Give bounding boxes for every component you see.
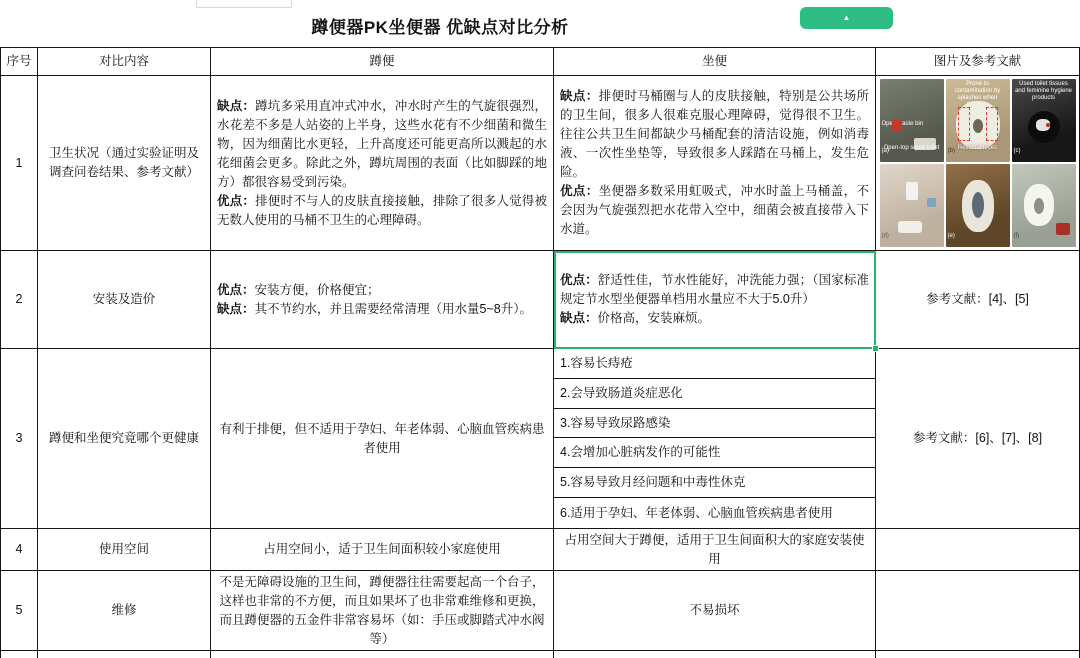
figure-caption: Used toilet tissues and feminine hygiene…: [1014, 81, 1074, 102]
pan-hole-graphic: [973, 119, 983, 133]
cistern-graphic: [906, 182, 918, 200]
con-text: 排便时马桶圈与人的皮肤接触，特别是公共场所的卫生间，很多人很难克服心理障碍，觉得…: [560, 89, 869, 179]
cell-seat-5[interactable]: 不易损坏: [554, 571, 876, 651]
cell-content-1[interactable]: 卫生状况（通过实验证明及调查问卷结果、参考文献）: [38, 76, 211, 251]
partial-next-row-cell: [876, 651, 1080, 658]
pro-text: 舒适性佳，节水性能好，冲洗能力强；（国家标准规定节水型坐便器单档用水量应不大于5…: [560, 273, 869, 306]
spreadsheet-canvas: 蹲便器PK坐便器 优缺点对比分析 ▲ 序号 对比内容 蹲便 坐便 图片及参考文献…: [0, 0, 1080, 658]
cell-ref-2[interactable]: 参考文献：[4]、[5]: [876, 251, 1080, 349]
partial-next-row-cell: [211, 651, 554, 658]
cell-figures-1[interactable]: Open waste bin Open-top squat toilet (a)…: [876, 76, 1080, 251]
red-dashed-box: [986, 107, 998, 141]
figure-tag: (e): [948, 227, 955, 246]
pro-label: 优点：: [560, 273, 598, 287]
cell-squat-5[interactable]: 不是无障碍设施的卫生间，蹲便器往往需要起高一个台子，这样也非常的不方便，而且如果…: [211, 571, 554, 651]
con-text: 蹲坑多采用直冲式冲水，冲水时产生的气旋很强烈，水花差不多是人站姿的上半身，这些水…: [217, 99, 547, 189]
partial-next-row-cell: [38, 651, 211, 658]
pro-label: 优点：: [217, 283, 255, 297]
figure-tag: (b): [948, 142, 955, 161]
collapse-up-icon: ▲: [843, 14, 851, 22]
figure-photo-e[interactable]: (e): [946, 164, 1010, 247]
cell-content-3[interactable]: 蹲便和坐便究竟哪个更健康: [38, 349, 211, 529]
pan-hole-graphic: [972, 192, 984, 218]
partial-cell-above: [196, 0, 292, 8]
pro-text: 安装方便，价格便宜；: [255, 283, 380, 297]
cell-content-4[interactable]: 使用空间: [38, 529, 211, 571]
cell-ref-3[interactable]: 参考文献：[6]、[7]、[8]: [876, 349, 1080, 529]
cell-seat-1[interactable]: 缺点：排便时马桶圈与人的皮肤接触，特别是公共场所的卫生间，很多人很难克服心理障碍…: [554, 76, 876, 251]
seat-health-item[interactable]: 4.会增加心脏病发作的可能性: [554, 438, 875, 468]
con-label: 缺点：: [560, 311, 598, 325]
figure-photo-d[interactable]: (d): [880, 164, 944, 247]
cell-content-5[interactable]: 维修: [38, 571, 211, 651]
cell-squat-3[interactable]: 有利于排便，但不适用于孕妇、年老体弱、心脑血管疾病患者使用: [211, 349, 554, 529]
con-label: 缺点：: [560, 89, 599, 103]
seat-health-item[interactable]: 5.容易导致月经问题和中毒性休克: [554, 468, 875, 498]
selection-fill-handle[interactable]: [872, 345, 879, 352]
bucket-graphic: [1056, 223, 1070, 235]
bucket-graphic: [927, 198, 936, 207]
cell-ref-5[interactable]: [876, 571, 1080, 651]
cell-no-4[interactable]: 4: [1, 529, 38, 571]
header-seat[interactable]: 坐便: [554, 48, 876, 76]
con-text: 其不节约水，并且需要经常清理（用水量5~8升）。: [255, 302, 532, 316]
figure-tag: (a): [882, 142, 889, 161]
red-dashed-box: [958, 107, 970, 141]
cell-no-2[interactable]: 2: [1, 251, 38, 349]
figure-caption: Open-top squat toilet: [882, 145, 942, 152]
seat-health-item[interactable]: 2.会导致肠道炎症恶化: [554, 379, 875, 409]
con-label: 缺点：: [217, 302, 255, 316]
pan-hole-graphic: [1034, 198, 1044, 214]
seat-health-item[interactable]: 6.适用于孕妇、年老体弱、心脑血管疾病患者使用: [554, 498, 875, 528]
cell-squat-4[interactable]: 占用空间小，适于卫生间面积较小家庭使用: [211, 529, 554, 571]
figure-tag: (c): [1014, 142, 1021, 161]
sheet-title: 蹲便器PK坐便器 优缺点对比分析: [0, 13, 880, 38]
figure-photo-f[interactable]: (f): [1012, 164, 1076, 247]
seat-health-item[interactable]: 3.容易导致尿路感染: [554, 409, 875, 439]
figure-tag: (f): [1014, 227, 1020, 246]
collapse-button[interactable]: ▲: [800, 7, 893, 29]
partial-next-row-cell: [554, 651, 876, 658]
con-label: 缺点：: [217, 99, 255, 113]
cell-seat-2-selected[interactable]: 优点：舒适性佳，节水性能好，冲洗能力强；（国家标准规定节水型坐便器单档用水量应不…: [554, 251, 876, 349]
pro-label: 优点：: [217, 194, 255, 208]
cell-squat-2[interactable]: 优点：安装方便，价格便宜； 缺点：其不节约水，并且需要经常清理（用水量5~8升）…: [211, 251, 554, 349]
figure-photo-a[interactable]: Open waste bin Open-top squat toilet (a): [880, 79, 944, 162]
cell-seat-3[interactable]: 1.容易长痔疮 2.会导致肠道炎症恶化 3.容易导致尿路感染 4.会增加心脏病发…: [554, 349, 876, 529]
pro-label: 优点：: [560, 184, 599, 198]
cell-no-5[interactable]: 5: [1, 571, 38, 651]
cell-no-3[interactable]: 3: [1, 349, 38, 529]
partial-next-row-cell: [1, 651, 38, 658]
pro-text: 坐便器多数采用虹吸式，冲水时盖上马桶盖，不会因为气旋强烈把水花带入空中，细菌会被…: [560, 184, 869, 236]
stain-graphic: [1046, 123, 1050, 127]
pro-text: 排便时不与人的皮肤直接接触，排除了很多人觉得被无数人使用的马桶不卫生的心理障碍。: [217, 194, 547, 227]
waste-bin-graphic: [892, 119, 902, 131]
figure-caption: Open waste bin: [882, 121, 942, 128]
cell-squat-1[interactable]: 缺点：蹲坑多采用直冲式冲水，冲水时产生的气旋很强烈，水花差不多是人站姿的上半身，…: [211, 76, 554, 251]
header-content[interactable]: 对比内容: [38, 48, 211, 76]
header-no[interactable]: 序号: [1, 48, 38, 76]
figure-photo-b[interactable]: Prone to contamination by splashes when …: [946, 79, 1010, 162]
header-squat[interactable]: 蹲便: [211, 48, 554, 76]
figure-tag: (d): [882, 227, 889, 246]
cell-ref-4[interactable]: [876, 529, 1080, 571]
seat-health-item[interactable]: 1.容易长痔疮: [554, 349, 875, 379]
figure-photo-c[interactable]: Used toilet tissues and feminine hygiene…: [1012, 79, 1076, 162]
figure-caption: Residual feces: [948, 145, 1008, 152]
header-figures[interactable]: 图片及参考文献: [876, 48, 1080, 76]
squat-pit-graphic: [898, 221, 922, 233]
comparison-table: 序号 对比内容 蹲便 坐便 图片及参考文献 1 卫生状况（通过实验证明及调查问卷…: [0, 47, 1080, 658]
con-text: 价格高，安装麻烦。: [598, 311, 711, 325]
cell-no-1[interactable]: 1: [1, 76, 38, 251]
cell-seat-4[interactable]: 占用空间大于蹲便，适用于卫生间面积大的家庭安装使用: [554, 529, 876, 571]
cell-content-2[interactable]: 安装及造价: [38, 251, 211, 349]
